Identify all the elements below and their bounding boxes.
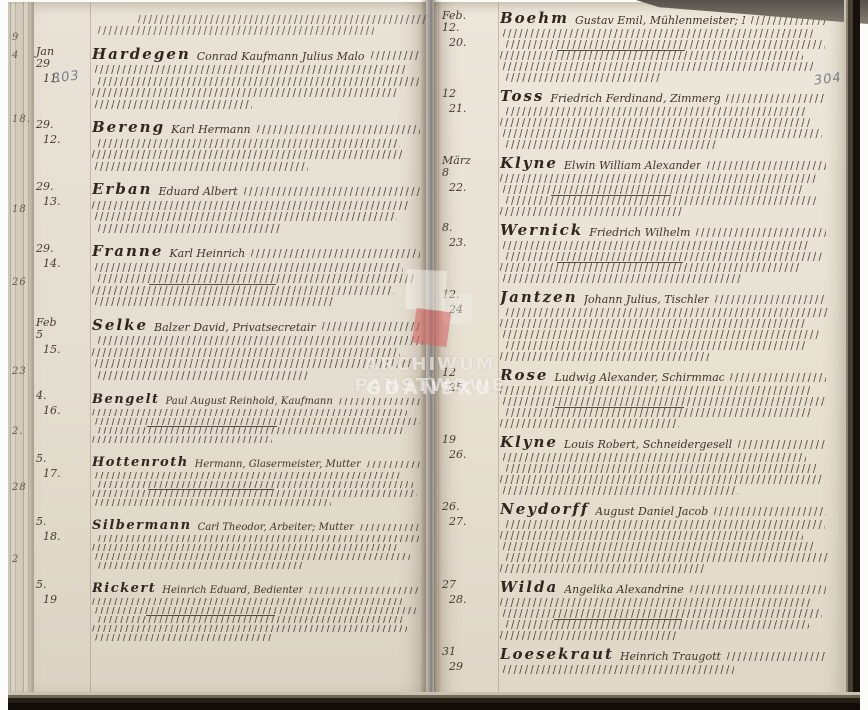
entry-number: 22. xyxy=(442,182,500,194)
handwritten-line xyxy=(506,308,829,317)
handwritten-line xyxy=(92,598,404,605)
register-entry: 1225RoseLudwig Alexander, Schirmmacher xyxy=(442,367,826,430)
entry-date: 5 xyxy=(36,329,92,341)
entry-margin: Feb.12.20. xyxy=(442,10,500,84)
entry-margin: 2728. xyxy=(442,579,500,642)
entry-text-preview: Carl Theodor, Arbeiter; Mutter xyxy=(198,522,354,533)
handwritten-line xyxy=(92,625,407,632)
entry-text-preview: Balzer David, Privatsecretair xyxy=(154,321,316,334)
page-edge-number: 26 xyxy=(12,277,27,288)
handwritten-line xyxy=(500,564,705,573)
handwritten-line xyxy=(690,585,826,594)
entry-number: 18. xyxy=(36,531,92,543)
page-edge-strips: 9418.1826232.282 xyxy=(8,2,34,694)
handwritten-line xyxy=(98,427,406,434)
handwritten-line xyxy=(95,607,416,614)
register-entry: 5.17.HottenrothHermann, Glasermeister, M… xyxy=(36,453,420,508)
handwritten-line xyxy=(95,499,331,506)
page-edge-number: 2 xyxy=(12,554,19,565)
handwritten-line xyxy=(506,40,825,49)
entry-date: 4. xyxy=(36,390,92,402)
entry-margin: 1225 xyxy=(442,367,500,430)
entry-number: 16. xyxy=(36,405,92,417)
entry-number: 20. xyxy=(442,37,500,49)
handwritten-line xyxy=(715,295,826,304)
entry-surname: Selke xyxy=(92,317,148,334)
entry-margin: 26.27. xyxy=(442,501,500,575)
entry-margin: 29.12. xyxy=(36,119,92,173)
handwritten-line xyxy=(500,631,676,640)
entry-body: HardegenConrad Kaufmann Julius Malo xyxy=(92,46,420,112)
handwritten-line xyxy=(95,634,272,641)
entry-date: 12 xyxy=(442,88,500,100)
handwritten-line xyxy=(506,341,806,350)
entry-body: KlyneElwin William Alexander xyxy=(500,155,826,218)
handwritten-line xyxy=(92,201,410,210)
handwritten-line xyxy=(503,29,813,38)
handwritten-line xyxy=(309,587,420,594)
handwritten-line xyxy=(98,371,308,380)
entry-body: NeydorffAugust Daniel Jacob xyxy=(500,501,826,575)
entry-surname: Wernick xyxy=(500,222,583,239)
handwritten-line xyxy=(95,418,420,425)
entry-text-preview: Louis Robert, Schneidergesell xyxy=(564,438,732,451)
entry-text-preview: Hermann, Glasermeister, Mutter xyxy=(195,459,361,470)
entry-date: 19 xyxy=(442,434,500,446)
entry-date: 5. xyxy=(36,516,92,528)
handwritten-line xyxy=(98,274,416,283)
page-edge-number: 18 xyxy=(12,204,27,215)
handwritten-line xyxy=(503,609,822,618)
entry-text-preview: Friedrich Ferdinand, Zimmergesell xyxy=(550,92,720,105)
entry-date: Jan xyxy=(36,46,92,58)
page-edge-number: 28 xyxy=(12,482,27,493)
handwritten-line xyxy=(506,252,822,261)
register-entry: 5.19RickertHeinrich Eduard, Bedienter xyxy=(36,579,420,643)
entry-margin: Feb515. xyxy=(36,317,92,383)
register-entry: 1926.KlyneLouis Robert, Schneidergesell xyxy=(442,434,826,497)
entry-body: KlyneLouis Robert, Schneidergesell xyxy=(500,434,826,497)
handwritten-line xyxy=(98,77,419,86)
entry-first-line: ErbanEduard Albert xyxy=(92,181,420,198)
underline-mark xyxy=(149,284,276,285)
right-page: Feb.12.20.BoehmGustav Emil, Mühlenmeiste… xyxy=(434,2,844,704)
book-edge-bottom xyxy=(8,692,860,710)
entry-surname: Rickert xyxy=(92,581,156,596)
handwritten-line xyxy=(371,51,420,60)
handwritten-line xyxy=(500,51,803,60)
handwritten-line xyxy=(98,26,374,35)
page-edge-number: 4 xyxy=(12,50,19,61)
entry-surname: Erban xyxy=(92,181,152,198)
handwritten-line xyxy=(367,461,420,468)
handwritten-line xyxy=(506,464,819,473)
entry-date: 8. xyxy=(442,222,500,234)
entry-date: 29. xyxy=(36,243,92,255)
register-entry: 4.16.BengeltPaul August Reinhold, Kaufma… xyxy=(36,390,420,445)
handwritten-line xyxy=(503,397,826,406)
handwritten-line xyxy=(95,65,407,74)
handwritten-line xyxy=(506,408,812,417)
handwritten-line xyxy=(503,129,822,138)
handwritten-line xyxy=(360,524,420,531)
entry-date: 29 xyxy=(36,58,92,70)
handwritten-line xyxy=(500,531,803,540)
handwritten-line xyxy=(738,440,826,449)
page-edge-number: 2. xyxy=(12,426,24,437)
entry-body: HottenrothHermann, Glasermeister, Mutter xyxy=(92,453,420,508)
handwritten-line xyxy=(92,544,397,551)
entry-margin: 3129 xyxy=(442,646,500,676)
handwritten-line xyxy=(500,319,806,328)
handwritten-line xyxy=(92,88,397,97)
handwritten-line xyxy=(92,150,404,159)
entry-text-preview: Heinrich Traugott xyxy=(620,650,721,663)
handwritten-line xyxy=(98,139,400,148)
entry-date: 26. xyxy=(442,501,500,513)
page-edge-number: 9 xyxy=(12,32,19,43)
entry-body: RickertHeinrich Eduard, Bedienter xyxy=(92,579,420,643)
entry-surname: Jantzen xyxy=(500,289,578,306)
handwritten-line xyxy=(500,598,810,607)
entry-body: ErbanEduard Albert xyxy=(92,181,420,235)
entry-first-line: JantzenJohann Julius, Tischler xyxy=(500,289,826,306)
register-entry: 2728.WildaAngelika Alexandrine xyxy=(442,579,826,642)
register-entry: 29.12.BerengKarl Hermann xyxy=(36,119,420,173)
entry-surname: Klyne xyxy=(500,434,558,451)
entry-body: FranneKarl Heinrich xyxy=(92,243,420,309)
entry-text-preview: Heinrich Eduard, Bedienter xyxy=(162,585,303,596)
entry-number: 26. xyxy=(442,449,500,461)
entry-surname: Silbermann xyxy=(92,518,192,533)
register-entry: 12.24JantzenJohann Julius, Tischler xyxy=(442,289,826,363)
entry-body: RoseLudwig Alexander, Schirmmacher xyxy=(500,367,826,430)
entry-date: 8 xyxy=(442,167,500,179)
handwritten-line xyxy=(92,409,407,416)
entry-first-line: RoseLudwig Alexander, Schirmmacher xyxy=(500,367,826,384)
handwritten-line xyxy=(503,185,803,194)
entry-first-line: NeydorffAugust Daniel Jacob xyxy=(500,501,826,518)
entry-surname: Neydorff xyxy=(500,501,589,518)
handwritten-line xyxy=(95,553,410,560)
handwritten-line xyxy=(503,330,819,339)
entry-body: WernickFriedrich Wilhelm xyxy=(500,222,826,285)
handwritten-line xyxy=(138,15,426,24)
entry-body: BoehmGustav Emil, Mühlenmeister; Mutter xyxy=(500,10,826,84)
handwritten-line xyxy=(95,472,400,479)
handwritten-line xyxy=(503,274,741,283)
entry-surname: Toss xyxy=(500,88,544,105)
entry-text-preview: Angelika Alexandrine xyxy=(564,583,684,596)
handwritten-line xyxy=(339,398,420,405)
entry-first-line: KlyneLouis Robert, Schneidergesell xyxy=(500,434,826,451)
left-page: Jan2911.HardegenConrad Kaufmann Julius M… xyxy=(8,2,426,694)
entry-text-preview: Conrad Kaufmann Julius Malo xyxy=(197,50,365,63)
entry-number: 23. xyxy=(442,237,500,249)
handwritten-line xyxy=(257,125,420,134)
entry-text-preview: Karl Heinrich xyxy=(169,247,245,260)
entry-margin: 29.14. xyxy=(36,243,92,309)
entry-first-line: HottenrothHermann, Glasermeister, Mutter xyxy=(92,453,420,470)
register-entry: 3129LoesekrautHeinrich Traugott xyxy=(442,646,826,676)
handwritten-line xyxy=(92,436,272,443)
register-entry: 29.13.ErbanEduard Albert xyxy=(36,181,420,235)
entry-margin: 5.18. xyxy=(36,516,92,571)
entry-text-preview: Johann Julius, Tischler xyxy=(584,293,710,306)
handwritten-line xyxy=(503,62,816,71)
handwritten-line xyxy=(506,520,825,529)
handwritten-line xyxy=(506,620,809,629)
handwritten-line xyxy=(727,652,826,661)
handwritten-line xyxy=(696,228,826,237)
right-page-entries: Feb.12.20.BoehmGustav Emil, Mühlenmeiste… xyxy=(434,2,844,704)
entry-body: WildaAngelika Alexandrine xyxy=(500,579,826,642)
handwritten-line xyxy=(730,373,826,382)
entry-surname: Hottenroth xyxy=(92,455,189,470)
entry-margin: 1221. xyxy=(442,88,500,151)
entry-date: 29. xyxy=(36,119,92,131)
entry-number: 24 xyxy=(442,304,500,316)
entry-number: 13. xyxy=(36,196,92,208)
handwritten-line xyxy=(707,161,826,170)
register-entry: 29.14.FranneKarl Heinrich xyxy=(36,243,420,309)
entry-surname: Bereng xyxy=(92,119,165,136)
page-edge-number: 18. xyxy=(12,114,31,125)
handwritten-line xyxy=(506,73,662,82)
handwritten-line xyxy=(98,562,305,569)
entry-first-line: BerengKarl Hermann xyxy=(92,119,420,136)
entry-margin: 12.24 xyxy=(442,289,500,363)
entry-number: 21. xyxy=(442,103,500,115)
handwritten-line xyxy=(95,162,308,171)
entry-date: 29. xyxy=(36,181,92,193)
handwritten-line xyxy=(506,107,806,116)
entry-number: 25 xyxy=(442,382,500,394)
entry-first-line: KlyneElwin William Alexander xyxy=(500,155,826,172)
entry-number: 27. xyxy=(442,516,500,528)
entry-text-preview: Gustav Emil, Mühlenmeister; Mutter xyxy=(575,14,745,27)
entry-date: Feb xyxy=(36,317,92,329)
register-entry: 1221.TossFriedrich Ferdinand, Zimmergese… xyxy=(442,88,826,151)
entry-margin: 4.16. xyxy=(36,390,92,445)
entry-first-line: TossFriedrich Ferdinand, Zimmergesell xyxy=(500,88,826,105)
entry-text-preview: Paul August Reinhold, Kaufmann xyxy=(166,396,333,407)
continuation-text xyxy=(36,12,420,38)
entry-text-preview: Eduard Albert xyxy=(158,185,237,198)
handwritten-line xyxy=(251,249,420,258)
handwritten-line xyxy=(503,665,734,674)
entry-date: 12 xyxy=(442,367,500,379)
entry-body: BengeltPaul August Reinhold, Kaufmann xyxy=(92,390,420,445)
left-page-entries: Jan2911.HardegenConrad Kaufmann Julius M… xyxy=(8,2,426,694)
entry-surname: Franne xyxy=(92,243,163,260)
register-entry: Feb.12.20.BoehmGustav Emil, Mühlenmeiste… xyxy=(442,10,826,84)
entry-first-line: RickertHeinrich Eduard, Bedienter xyxy=(92,579,420,596)
handwritten-line xyxy=(92,490,417,497)
entry-first-line: BengeltPaul August Reinhold, Kaufmann xyxy=(92,390,420,407)
entry-margin: 5.17. xyxy=(36,453,92,508)
entry-first-line: SelkeBalzer David, Privatsecretair xyxy=(92,317,420,334)
entry-date: 5. xyxy=(36,579,92,591)
register-entry: Feb515.SelkeBalzer David, Privatsecretai… xyxy=(36,317,420,383)
entry-number: 28. xyxy=(442,594,500,606)
handwritten-line xyxy=(503,486,738,495)
entry-first-line: SilbermannCarl Theodor, Arbeiter; Mutter xyxy=(92,516,420,533)
entry-text-preview: Elwin William Alexander xyxy=(564,159,701,172)
entry-first-line: HardegenConrad Kaufmann Julius Malo xyxy=(92,46,420,63)
entry-surname: Bengelt xyxy=(92,392,160,407)
book-gutter xyxy=(420,0,442,710)
handwritten-line xyxy=(503,453,806,462)
entry-margin: 5.19 xyxy=(36,579,92,643)
handwritten-line xyxy=(503,241,809,250)
handwritten-line xyxy=(714,507,826,516)
entry-body: SelkeBalzer David, Privatsecretair xyxy=(92,317,420,383)
handwritten-line xyxy=(503,542,816,551)
register-entry: Jan2911.HardegenConrad Kaufmann Julius M… xyxy=(36,46,420,112)
handwritten-line xyxy=(98,481,413,488)
handwritten-line xyxy=(506,553,829,562)
entry-date: 27 xyxy=(442,579,500,591)
entry-surname: Loesekraut xyxy=(500,646,614,663)
handwritten-line xyxy=(322,322,420,331)
entry-text-preview: August Daniel Jacob xyxy=(595,505,708,518)
handwritten-line xyxy=(500,263,800,272)
handwritten-line xyxy=(98,616,403,623)
handwritten-line xyxy=(500,352,709,361)
entry-margin xyxy=(36,12,92,38)
handwritten-line xyxy=(500,386,813,395)
handwritten-line xyxy=(95,263,403,272)
entry-first-line: WildaAngelika Alexandrine xyxy=(500,579,826,596)
entry-margin: März822. xyxy=(442,155,500,218)
entry-number: 17. xyxy=(36,468,92,480)
handwritten-line xyxy=(95,212,397,221)
entry-text-preview: Friedrich Wilhelm xyxy=(589,226,690,239)
book-edge-right xyxy=(844,0,860,710)
entry-first-line: FranneKarl Heinrich xyxy=(92,243,420,260)
page-edge-number: 23 xyxy=(12,366,27,377)
register-entry: März822.KlyneElwin William Alexander xyxy=(442,155,826,218)
register-entry: 26.27.NeydorffAugust Daniel Jacob xyxy=(442,501,826,575)
handwritten-line xyxy=(98,535,419,542)
entry-date: März xyxy=(442,155,500,167)
entry-text-preview: Ludwig Alexander, Schirmmacher xyxy=(554,371,724,384)
handwritten-line xyxy=(500,207,683,216)
entry-body: SilbermannCarl Theodor, Arbeiter; Mutter xyxy=(92,516,420,571)
entry-surname: Rose xyxy=(500,367,548,384)
handwritten-line xyxy=(244,187,420,196)
handwritten-line xyxy=(500,475,823,484)
entry-body xyxy=(92,12,420,38)
entry-body: TossFriedrich Ferdinand, Zimmergesell xyxy=(500,88,826,151)
scanned-register-photo: Jan2911.HardegenConrad Kaufmann Julius M… xyxy=(0,0,868,710)
handwritten-line xyxy=(95,100,252,109)
handwritten-line xyxy=(500,419,679,428)
handwritten-line xyxy=(506,196,816,205)
entry-margin: 8.23. xyxy=(442,222,500,285)
register-entry: 5.18.SilbermannCarl Theodor, Arbeiter; M… xyxy=(36,516,420,571)
entry-date: 5. xyxy=(36,453,92,465)
handwritten-line xyxy=(98,336,423,345)
register-entry: 8.23.WernickFriedrich Wilhelm xyxy=(442,222,826,285)
entry-date: 12. xyxy=(442,22,500,34)
entry-number: 29 xyxy=(442,661,500,673)
handwritten-line xyxy=(92,348,400,357)
entry-surname: Boehm xyxy=(500,10,569,27)
entry-body: BerengKarl Hermann xyxy=(92,119,420,173)
entry-body: JantzenJohann Julius, Tischler xyxy=(500,289,826,363)
entry-body: LoesekrautHeinrich Traugott xyxy=(500,646,826,676)
entry-number: 12. xyxy=(36,134,92,146)
entry-number: 14. xyxy=(36,258,92,270)
entry-margin: 29.13. xyxy=(36,181,92,235)
entry-first-line: WernickFriedrich Wilhelm xyxy=(500,222,826,239)
handwritten-line xyxy=(95,359,413,368)
handwritten-line xyxy=(95,297,334,306)
entry-surname: Klyne xyxy=(500,155,558,172)
handwritten-line xyxy=(500,118,810,127)
entry-surname: Hardegen xyxy=(92,46,191,63)
entry-date: 12. xyxy=(442,289,500,301)
handwritten-line xyxy=(500,174,816,183)
handwritten-line xyxy=(92,286,394,295)
entry-surname: Wilda xyxy=(500,579,558,596)
entry-text-preview: Karl Hermann xyxy=(171,123,251,136)
handwritten-line xyxy=(506,140,718,149)
handwritten-line xyxy=(98,224,282,233)
handwritten-line xyxy=(726,94,826,103)
entry-first-line: LoesekrautHeinrich Traugott xyxy=(500,646,826,663)
entry-number: 15. xyxy=(36,344,92,356)
entry-date: 31 xyxy=(442,646,500,658)
entry-number: 19 xyxy=(36,594,92,606)
entry-margin: 1926. xyxy=(442,434,500,497)
